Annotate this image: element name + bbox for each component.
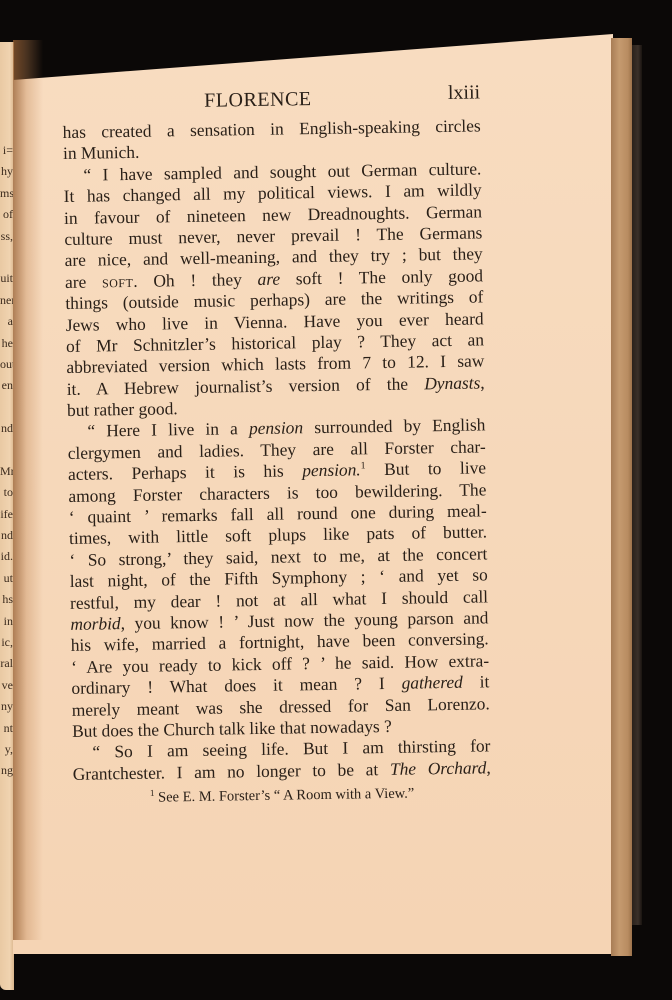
text-segment: are: [65, 271, 102, 292]
fragment-line: nd: [0, 525, 13, 546]
text-segment: But to live: [366, 458, 487, 480]
fragment-line: to: [0, 482, 13, 503]
fragment-line: ng: [0, 760, 13, 780]
fragment-line: ut: [0, 568, 13, 589]
fragment-line: nt: [0, 718, 13, 739]
fragment-line: he: [0, 333, 13, 354]
italic-text: Dynasts: [424, 372, 480, 393]
fragment-line: ic,: [0, 632, 13, 653]
fragment-line: ral: [0, 653, 13, 674]
fragment-line: hs: [0, 589, 13, 610]
footnote-text: See E. M. Forster’s “ A Room with a View…: [154, 786, 414, 806]
text-segment: ,: [480, 372, 485, 392]
text-segment: it: [463, 672, 490, 692]
text-segment: but rather good.: [67, 398, 178, 420]
italic-text: pension: [249, 418, 303, 439]
page-text-block: FLORENCE lxiii has created a sensation i…: [62, 81, 491, 810]
fragment-line: uit: [0, 268, 13, 289]
text-segment: soft: [102, 271, 134, 291]
text-segment: surrounded by English: [303, 415, 486, 438]
fragment-line: en: [0, 375, 13, 396]
fragment-line: [0, 247, 13, 268]
text-segment: . Oh ! they: [133, 269, 258, 291]
fragment-line: ve: [0, 675, 13, 696]
running-head: FLORENCE lxiii: [62, 81, 480, 122]
fragment-line: a: [0, 311, 13, 332]
italic-text: The Orchard: [390, 757, 487, 779]
fragment-line: nd: [0, 418, 13, 439]
text-segment: ,: [486, 757, 491, 777]
fragment-line: ss,: [0, 226, 13, 247]
text-segment: soft ! The only good: [280, 265, 483, 288]
text-segment: acters. Perhaps it is his: [68, 461, 302, 485]
fragment-line: ife: [0, 504, 13, 525]
text-segment: it. A Hebrew journalist’s version of the: [67, 373, 425, 399]
fragment-line: ny: [0, 696, 13, 717]
italic-text: gathered: [401, 672, 462, 693]
fragment-line: Mr: [0, 461, 13, 482]
fragment-line: [0, 397, 13, 418]
fragment-line: [0, 439, 13, 460]
previous-page-text-fragments: i=hymsofss,uitneraheoutenndMrtoifendid.u…: [0, 140, 13, 780]
fragment-line: hy: [0, 161, 13, 182]
fragment-line: id.: [0, 546, 13, 567]
text-segment: “ Here I live in a: [87, 419, 249, 442]
text-segment: in Munich.: [63, 142, 140, 163]
fragment-line: i=: [0, 140, 13, 161]
page-fore-edge: [611, 38, 632, 956]
fragment-line: out: [0, 354, 13, 375]
fragment-line: y,: [0, 739, 13, 760]
running-title: FLORENCE: [204, 88, 312, 113]
book-cover-edge: [632, 45, 642, 925]
page-number: lxiii: [448, 81, 481, 105]
body-text: has created a sensation in English-speak…: [63, 115, 491, 785]
fragment-line: ms: [0, 183, 13, 204]
italic-text: morbid: [70, 613, 121, 634]
text-segment: Grantchester. I am no longer to be at: [73, 759, 391, 784]
fragment-line: in: [0, 611, 13, 632]
italic-text: pension.: [302, 460, 361, 481]
fragment-line: of: [0, 204, 13, 225]
fragment-line: ner: [0, 290, 13, 311]
italic-text: are: [257, 268, 280, 288]
